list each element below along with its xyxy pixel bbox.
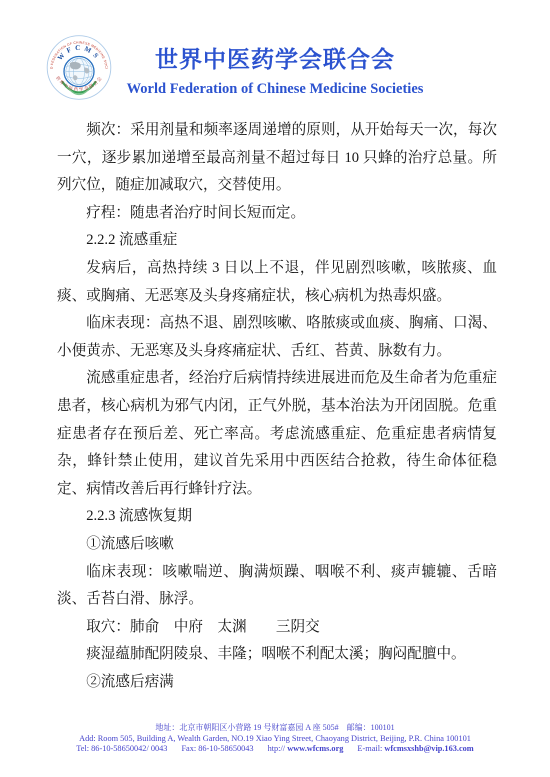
footer-fax: Fax: 86-10-58650043 — [181, 744, 253, 753]
document-body: 频次：采用剂量和频率逐周递增的原则，从开始每天一次，每次一穴，逐步累加递增至最高… — [57, 117, 497, 696]
footer-email-label: E-mail: — [357, 744, 382, 753]
paragraph-frequency: 频次：采用剂量和频率逐周递增的原则，从开始每天一次，每次一穴，逐步累加递增至最高… — [57, 117, 497, 200]
footer-email: E-mail: wfcmsxshb@vip.163.com — [357, 744, 473, 753]
footer-website-url: www.wfcms.org — [287, 744, 343, 753]
paragraph-cough-clinical: 临床表现：咳嗽喘逆、胸满烦躁、咽喉不利、痰声辘辘、舌暗淡、舌苔白滑、脉浮。 — [57, 559, 497, 614]
footer-contacts: Tel: 86-10-58650042/ 0043Fax: 86-10-5865… — [0, 744, 550, 755]
subheading-post-flu-fullness: ②流感后痞满 — [57, 669, 497, 697]
footer-address-en: Add: Room 505, Building A, Wealth Garden… — [0, 734, 550, 745]
subheading-post-flu-cough: ①流感后咳嗽 — [57, 531, 497, 559]
footer-website: htp:// www.wfcms.org — [268, 744, 344, 753]
paragraph-acupoint-addons: 痰湿蕴肺配阴陵泉、丰隆；咽喉不利配太溪；胸闷配膻中。 — [57, 641, 497, 669]
paragraph-acupoints: 取穴：肺俞 中府 太渊 三阴交 — [57, 614, 497, 642]
letterhead: 世界中医药学会联合会 World Federation of Chinese M… — [0, 41, 550, 98]
footer-tel: Tel: 86-10-58650042/ 0043 — [76, 744, 167, 753]
footer-website-prefix: htp:// — [268, 744, 286, 753]
footer-address-cn: 地址：北京市朝阳区小营路 19 号财富嘉园 A 座 505# 邮编：100101 — [0, 723, 550, 734]
paragraph-critical-care: 流感重症患者，经治疗后病情持续进展进而危及生命者为危重症患者，核心病机为邪气内闭… — [57, 365, 497, 503]
paragraph-severe-onset: 发病后，高热持续 3 日以上不退，伴见剧烈咳嗽，咳脓痰、血痰、或胸痛、无恶寒及头… — [57, 255, 497, 310]
footer-email-address: wfcmsxshb@vip.163.com — [384, 744, 473, 753]
paragraph-severe-clinical: 临床表现：高热不退、剧烈咳嗽、咯脓痰或血痰、胸痛、口渴、小便黄赤、无恶寒及头身疼… — [57, 310, 497, 365]
heading-2-2-2: 2.2.2 流感重症 — [57, 227, 497, 255]
org-name-chinese: 世界中医药学会联合会 — [0, 41, 550, 74]
letterhead-footer: 地址：北京市朝阳区小营路 19 号财富嘉园 A 座 505# 邮编：100101… — [0, 723, 550, 755]
org-name-english: World Federation of Chinese Medicine Soc… — [0, 81, 550, 98]
document-page: WORLD FEDERATION OF CHINESE MEDICINE SOC… — [0, 0, 550, 777]
paragraph-course: 疗程：随患者治疗时间长短而定。 — [57, 200, 497, 228]
heading-2-2-3: 2.2.3 流感恢复期 — [57, 503, 497, 531]
